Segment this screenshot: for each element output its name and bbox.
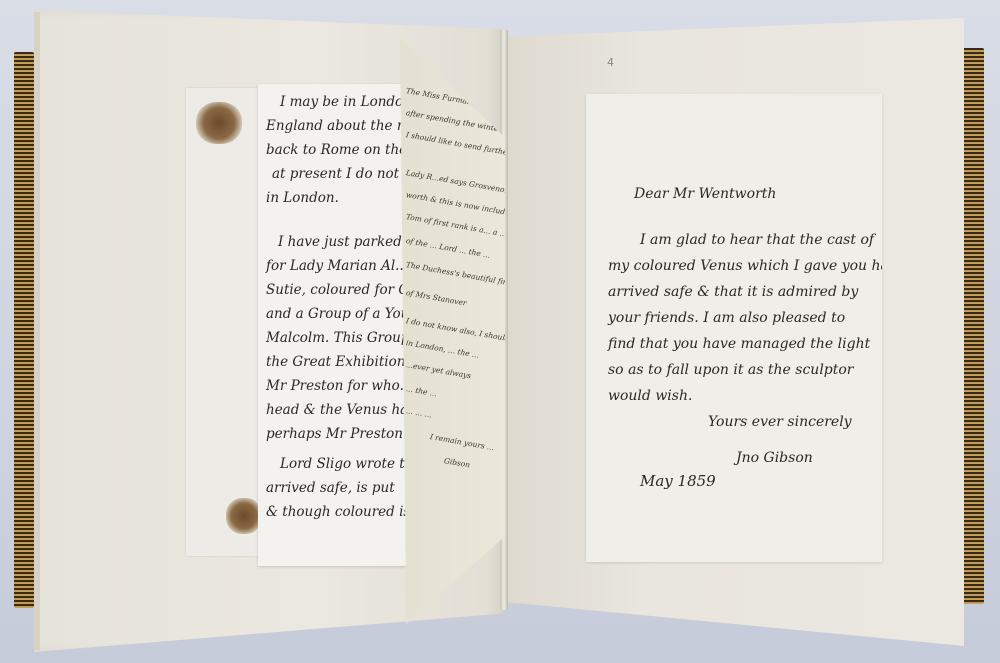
letter-line: & though coloured is n... bbox=[266, 504, 418, 520]
mount-card-backing bbox=[186, 88, 258, 556]
letter-line: in London. bbox=[266, 190, 339, 206]
letter-line: my coloured Venus which I gave you has bbox=[608, 258, 882, 274]
letter-line: Sutie, coloured for Georg... bbox=[266, 282, 418, 298]
letter-line: your friends. I am also pleased to bbox=[608, 310, 845, 326]
letter-line: ... ... ... bbox=[405, 406, 432, 419]
letter-signature: Jno Gibson bbox=[736, 450, 813, 466]
letter-line: The Duchess's beautiful first. I saw ... bbox=[405, 260, 505, 294]
letter-line: find that you have managed the light bbox=[608, 336, 870, 352]
album-binding-right bbox=[962, 48, 984, 604]
letter-line: would wish. bbox=[608, 388, 692, 404]
letter-line: ...ever yet always bbox=[405, 360, 472, 380]
letter-line: I am glad to hear that the cast of bbox=[640, 232, 874, 248]
letter-line: Malcolm. This Group bbox=[266, 330, 410, 346]
letter-line: Mr Preston for who... bbox=[266, 378, 412, 394]
letter-line: at present I do not k... bbox=[272, 166, 418, 182]
letter-line: for Lady Marian Al... bbox=[266, 258, 408, 274]
pencil-page-number: 4 bbox=[607, 56, 614, 69]
letter-right: Dear Mr Wentworth I am glad to hear that… bbox=[586, 94, 882, 562]
letter-line: I have just parked bbox=[278, 234, 402, 250]
letter-line: back to Rome on the r... bbox=[266, 142, 418, 158]
letter-line: I remain yours ... bbox=[429, 432, 495, 452]
letter-line: head & the Venus has ne... bbox=[266, 402, 418, 418]
glue-stain-bottom bbox=[226, 498, 262, 534]
letter-line: arrived safe, is put bbox=[266, 480, 395, 496]
album-binding-left bbox=[14, 52, 34, 608]
glue-stain-top bbox=[196, 102, 242, 144]
letter-line: I should like to send further bbox=[405, 130, 505, 157]
letter-closing: Yours ever sincerely bbox=[708, 414, 852, 430]
letter-flap-folded: The Miss Furmans are you shall ... after… bbox=[400, 38, 505, 624]
letter-line: in London, ... the ... bbox=[405, 338, 480, 360]
letter-signature: Gibson bbox=[443, 456, 471, 469]
letter-salutation: Dear Mr Wentworth bbox=[634, 186, 776, 202]
letter-line: of the ... Lord ... the ... bbox=[405, 236, 491, 260]
letter-date: May 1859 bbox=[640, 472, 716, 490]
letter-line: of Mrs Stanover bbox=[405, 288, 467, 308]
letter-line: so as to fall upon it as the sculptor bbox=[608, 362, 854, 378]
letter-line: perhaps Mr Preston bbox=[266, 426, 403, 442]
letter-line: arrived safe & that it is admired by bbox=[608, 284, 858, 300]
letter-left: I may be in London England about the m..… bbox=[258, 84, 418, 566]
letter-line: the Great Exhibition ... bbox=[266, 354, 418, 370]
letter-line: Lord Sligo wrote to bbox=[280, 456, 413, 472]
page-edge-left bbox=[34, 12, 40, 650]
letter-line: I may be in London bbox=[280, 94, 412, 110]
letter-line: and a Group of a Young bbox=[266, 306, 418, 322]
letter-line: England about the m... bbox=[266, 118, 418, 134]
letter-line: ... the ... bbox=[405, 384, 437, 398]
